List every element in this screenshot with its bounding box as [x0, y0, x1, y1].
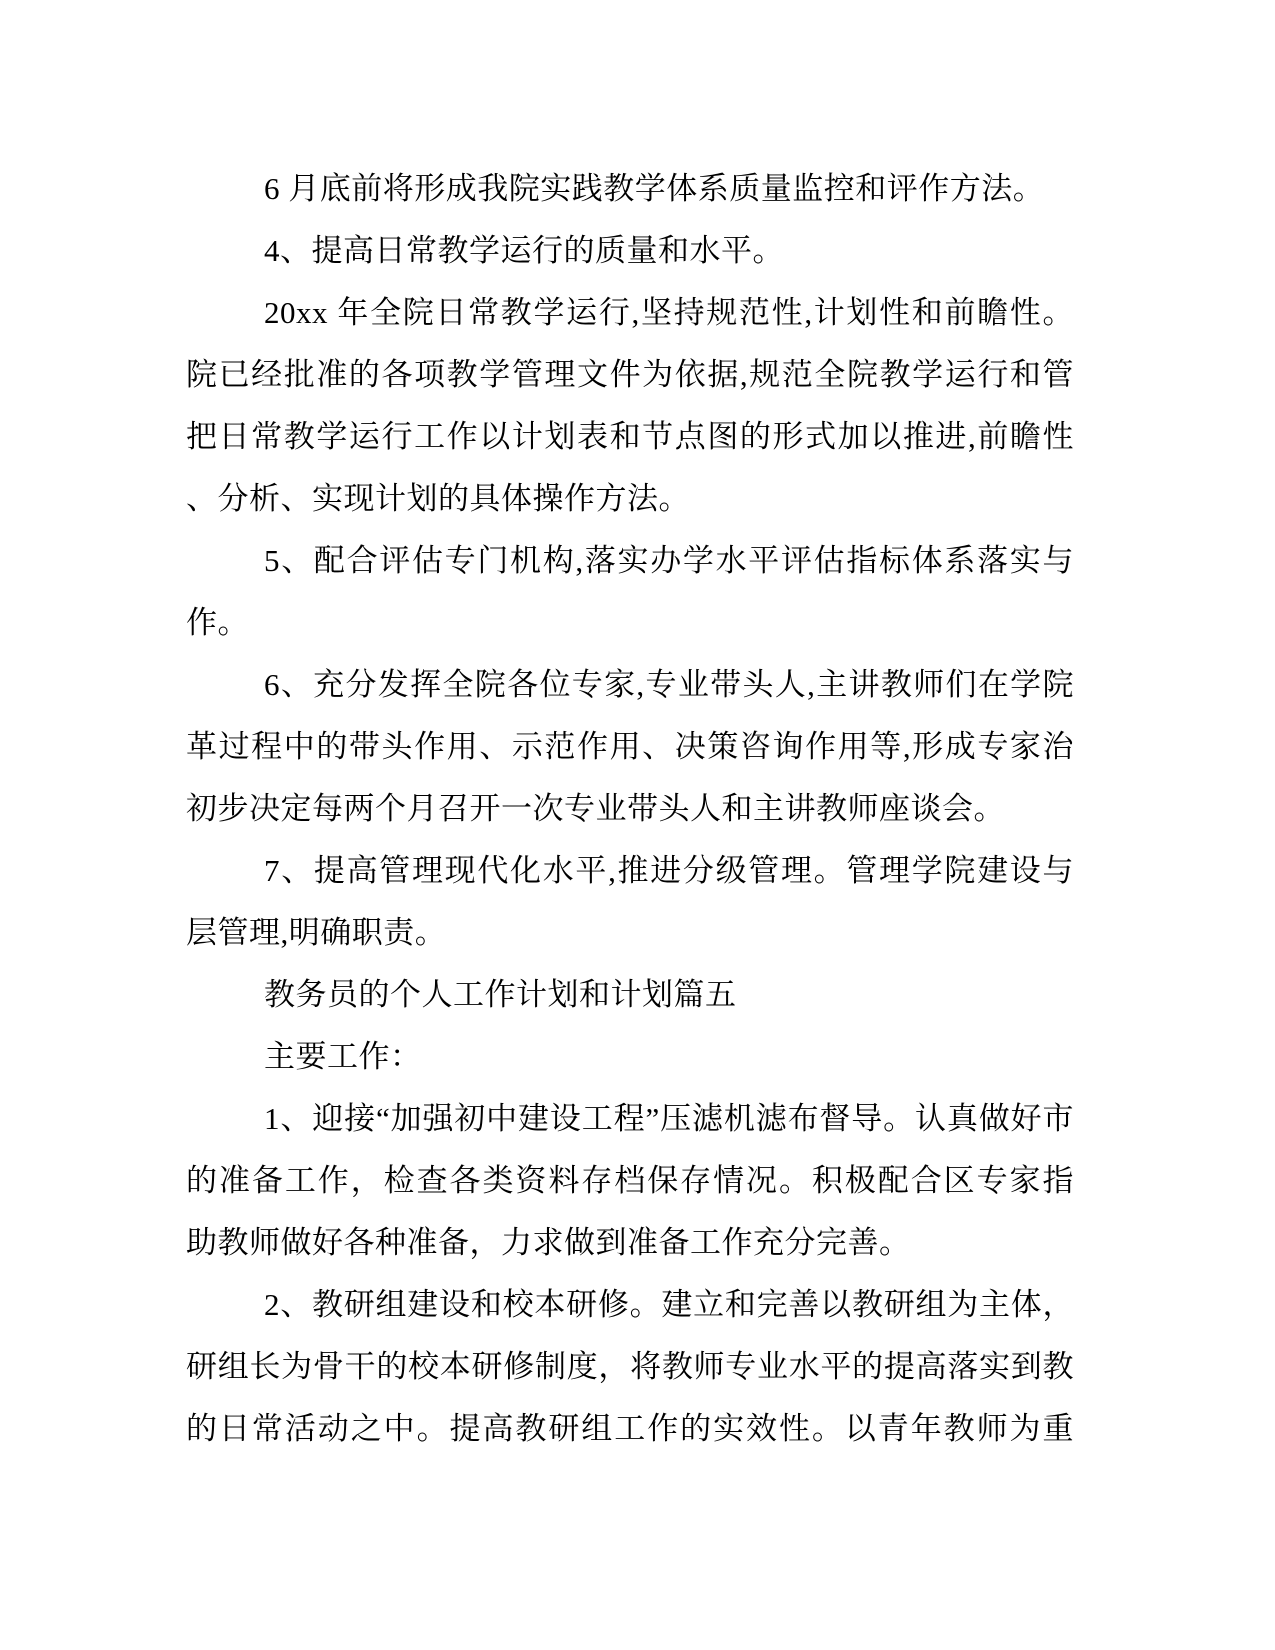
text-line: 7、提高管理现代化水平,推进分级管理。管理学院建设与使用,分: [186, 840, 1074, 902]
text-line: 院已经批准的各项教学管理文件为依据,规范全院教学运行和管理行为,: [186, 344, 1074, 406]
text-line: 的准备工作，检查各类资料存档保存情况。积极配合区专家指导，帮: [186, 1150, 1074, 1212]
page-background: 6 月底前将形成我院实践教学体系质量监控和评作方法。4、提高日常教学运行的质量和…: [0, 0, 1275, 1650]
text-line: 2、教研组建设和校本研修。建立和完善以教研组为主体，以教: [186, 1274, 1074, 1336]
text-line: 4、提高日常教学运行的质量和水平。: [186, 220, 1074, 282]
document-page: { "page": { "background_color": "#ffffff…: [0, 0, 1275, 1650]
text-line: 层管理,明确职责。: [186, 902, 1074, 964]
text-line: 主要工作：: [186, 1026, 1074, 1088]
text-line: 革过程中的带头作用、示范作用、决策咨询作用等,形成专家治学氛围,: [186, 716, 1074, 778]
text-line: 的日常活动之中。提高教研组工作的实效性。以青年教师为重点，以: [186, 1398, 1074, 1460]
text-line: 6 月底前将形成我院实践教学体系质量监控和评作方法。: [186, 158, 1074, 220]
text-line: 5、配合评估专门机构,落实办学水平评估指标体系落实与推进工: [186, 530, 1074, 592]
text-line: 、分析、实现计划的具体操作方法。: [186, 468, 1074, 530]
text-line: 教务员的个人工作计划和计划篇五: [186, 964, 1074, 1026]
text-line: 助教师做好各种准备，力求做到准备工作充分完善。: [186, 1212, 1074, 1274]
text-line: 1、迎接“加强初中建设工程”压滤机滤布督导。认真做好市督导: [186, 1088, 1074, 1150]
text-line: 20xx 年全院日常教学运行,坚持规范性,计划性和前瞻性。即以学: [186, 282, 1074, 344]
text-line: 初步决定每两个月召开一次专业带头人和主讲教师座谈会。: [186, 778, 1074, 840]
text-line: 研组长为骨干的校本研修制度，将教师专业水平的提高落实到教研组: [186, 1336, 1074, 1398]
text-line: 作。: [186, 592, 1074, 654]
text-line: 把日常教学运行工作以计划表和节点图的形式加以推进,前瞻性地准备: [186, 406, 1074, 468]
text-line: 6、充分发挥全院各位专家,专业带头人,主讲教师们在学院教学改: [186, 654, 1074, 716]
document-body: 6 月底前将形成我院实践教学体系质量监控和评作方法。4、提高日常教学运行的质量和…: [186, 158, 1074, 1460]
